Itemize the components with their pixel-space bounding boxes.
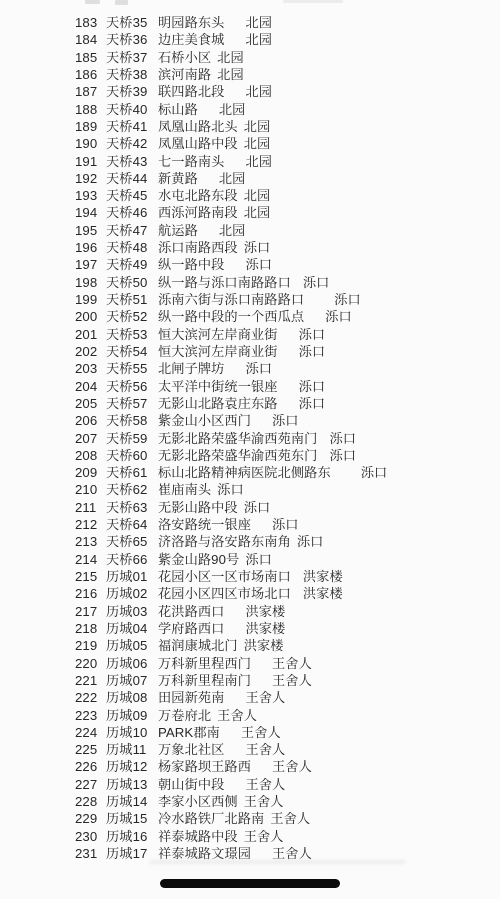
row-name: 水屯北路东段 (158, 187, 238, 204)
row-area: 北园 (219, 101, 246, 118)
row-code: 天桥61 (106, 464, 158, 481)
list-item: 213 天桥65 济洛路与洛安路东南角 泺口 (0, 533, 500, 550)
row-number: 192 (75, 170, 100, 187)
row-code: 历城01 (106, 568, 158, 585)
row-name: 太平洋中街统一银座 (158, 378, 278, 395)
row-name: 标山北路精神病医院北侧路东 (158, 464, 331, 481)
row-number: 218 (75, 620, 100, 637)
row-area: 泺口 (245, 256, 272, 273)
row-area: 北园 (217, 66, 244, 83)
row-area: 泺口 (334, 291, 361, 308)
row-code: 历城06 (106, 655, 158, 672)
row-area: 泺口 (299, 395, 326, 412)
row-name: 边庄美食城 (158, 31, 224, 48)
row-name: 恒大滨河左岸商业街 (158, 326, 278, 343)
row-code: 天桥45 (106, 187, 158, 204)
row-name: 紫金山路90号 (158, 551, 239, 568)
row-code: 历城10 (106, 724, 158, 741)
row-name: 万卷府北 (158, 707, 211, 724)
row-code: 天桥66 (106, 551, 158, 568)
list-item: 210 天桥62 崔庙南头 泺口 (0, 481, 500, 498)
row-area: 洪家楼 (245, 603, 285, 620)
row-number: 216 (75, 585, 100, 602)
row-name: 泺南六街与泺口南路路口 (158, 291, 304, 308)
row-number: 230 (75, 828, 100, 845)
row-code: 历城16 (106, 828, 158, 845)
row-name: 泺口南路西段 (158, 239, 238, 256)
row-name: 万科新里程南门 (158, 672, 251, 689)
row-code: 历城11 (106, 741, 158, 758)
list-item: 208 天桥60 无影北路荣盛华渝西苑东门 泺口 (0, 447, 500, 464)
row-name: 纵一路与泺口南路路口 (158, 274, 291, 291)
stop-list: 183 天桥35 明园路东头 北园 184 天桥36 边庄美食城 北园 185 … (0, 14, 500, 862)
row-number: 201 (75, 326, 100, 343)
list-item: 195 天桥47 航运路 北园 (0, 222, 500, 239)
row-name: 万科新里程西门 (158, 655, 251, 672)
row-code: 天桥59 (106, 430, 158, 447)
list-item: 193 天桥45 水屯北路东段 北园 (0, 187, 500, 204)
row-number: 200 (75, 308, 100, 325)
row-name: 洛安路统一银座 (158, 516, 251, 533)
list-item: 225 历城11 万象北社区 王舍人 (0, 741, 500, 758)
row-area: 泺口 (217, 481, 244, 498)
list-item: 230 历城16 祥泰城路中段 王舍人 (0, 828, 500, 845)
row-area: 北园 (219, 170, 246, 187)
row-number: 197 (75, 256, 100, 273)
row-code: 天桥54 (106, 343, 158, 360)
row-area: 洪家楼 (303, 568, 343, 585)
list-item: 203 天桥55 北闸子牌坊 泺口 (0, 360, 500, 377)
row-code: 历城09 (106, 707, 158, 724)
row-code: 历城03 (106, 603, 158, 620)
row-code: 天桥55 (106, 360, 158, 377)
photo-blur-artifact (150, 860, 405, 864)
list-item: 196 天桥48 泺口南路西段 泺口 (0, 239, 500, 256)
row-area: 泺口 (244, 499, 271, 516)
list-item: 192 天桥44 新黄路 北园 (0, 170, 500, 187)
row-number: 206 (75, 412, 100, 429)
row-number: 221 (75, 672, 100, 689)
row-code: 历城04 (106, 620, 158, 637)
row-number: 194 (75, 204, 100, 221)
row-code: 天桥36 (106, 31, 158, 48)
row-area: 泺口 (299, 343, 326, 360)
row-area: 王舍人 (244, 793, 284, 810)
row-code: 历城13 (106, 776, 158, 793)
row-name: 无影山北路袁庄东路 (158, 395, 278, 412)
row-area: 泺口 (245, 360, 272, 377)
row-code: 天桥42 (106, 135, 158, 152)
row-number: 209 (75, 464, 100, 481)
list-item: 223 历城09 万卷府北 王舍人 (0, 707, 500, 724)
row-area: 王舍人 (270, 810, 310, 827)
row-name: 北闸子牌坊 (158, 360, 224, 377)
row-number: 226 (75, 758, 100, 775)
list-item: 227 历城13 朝山街中段 王舍人 (0, 776, 500, 793)
row-area: 泺口 (329, 430, 356, 447)
row-code: 历城15 (106, 810, 158, 827)
row-name: 杨家路坝王路西 (158, 758, 251, 775)
row-number: 231 (75, 845, 100, 862)
row-code: 天桥62 (106, 481, 158, 498)
row-code: 天桥63 (106, 499, 158, 516)
row-area: 泺口 (245, 551, 272, 568)
row-name: 朝山街中段 (158, 776, 224, 793)
row-code: 天桥49 (106, 256, 158, 273)
row-code: 历城14 (106, 793, 158, 810)
row-code: 天桥43 (106, 153, 158, 170)
row-number: 222 (75, 689, 100, 706)
row-name: 紫金山小区西门 (158, 412, 251, 429)
row-code: 历城02 (106, 585, 158, 602)
row-code: 天桥41 (106, 118, 158, 135)
row-name: 田园新苑南 (158, 689, 224, 706)
row-name: 石桥小区 (158, 49, 211, 66)
list-item: 224 历城10 PARK郡南 王舍人 (0, 724, 500, 741)
row-code: 天桥38 (106, 66, 158, 83)
row-number: 224 (75, 724, 100, 741)
row-number: 202 (75, 343, 100, 360)
list-item: 207 天桥59 无影北路荣盛华渝西苑南门 泺口 (0, 430, 500, 447)
row-name: 凤凰山路北头 (158, 118, 238, 135)
row-number: 208 (75, 447, 100, 464)
row-code: 天桥35 (106, 14, 158, 31)
row-number: 204 (75, 378, 100, 395)
row-area: 北园 (245, 31, 272, 48)
list-item: 222 历城08 田园新苑南 王舍人 (0, 689, 500, 706)
row-area: 北园 (244, 204, 271, 221)
row-area: 泺口 (272, 516, 299, 533)
row-area: 王舍人 (244, 828, 284, 845)
list-item: 200 天桥52 纵一路中段的一个西瓜点 泺口 (0, 308, 500, 325)
row-code: 天桥39 (106, 83, 158, 100)
row-area: 王舍人 (217, 707, 257, 724)
row-number: 198 (75, 274, 100, 291)
row-number: 207 (75, 430, 100, 447)
row-number: 195 (75, 222, 100, 239)
row-name: 明园路东头 (158, 14, 224, 31)
list-item: 189 天桥41 凤凰山路北头 北园 (0, 118, 500, 135)
row-number: 227 (75, 776, 100, 793)
row-area: 泺口 (272, 412, 299, 429)
list-item: 229 历城15 冷水路铁厂北路南 王舍人 (0, 810, 500, 827)
row-name: 新黄路 (158, 170, 198, 187)
row-code: 天桥60 (106, 447, 158, 464)
list-item: 183 天桥35 明园路东头 北园 (0, 14, 500, 31)
row-area: 洪家楼 (244, 637, 284, 654)
row-code: 天桥51 (106, 291, 158, 308)
row-number: 215 (75, 568, 100, 585)
row-number: 229 (75, 810, 100, 827)
row-number: 189 (75, 118, 100, 135)
row-number: 217 (75, 603, 100, 620)
row-name: 学府路西口 (158, 620, 224, 637)
row-name: 纵一路中段 (158, 256, 224, 273)
row-name: 凤凰山路中段 (158, 135, 238, 152)
row-area: 王舍人 (245, 776, 285, 793)
row-area: 泺口 (303, 274, 330, 291)
list-item: 219 历城05 福润康城北门 洪家楼 (0, 637, 500, 654)
row-area: 泺口 (299, 326, 326, 343)
row-area: 北园 (245, 153, 272, 170)
row-name: PARK郡南 (158, 724, 220, 741)
row-number: 223 (75, 707, 100, 724)
row-code: 天桥48 (106, 239, 158, 256)
row-code: 历城07 (106, 672, 158, 689)
row-name: 联四路北段 (158, 83, 224, 100)
list-item: 194 天桥46 西泺河路南段 北园 (0, 204, 500, 221)
row-number: 225 (75, 741, 100, 758)
row-number: 196 (75, 239, 100, 256)
row-name: 纵一路中段的一个西瓜点 (158, 308, 304, 325)
row-number: 183 (75, 14, 100, 31)
list-item: 204 天桥56 太平洋中街统一银座 泺口 (0, 378, 500, 395)
row-name: 冷水路铁厂北路南 (158, 810, 264, 827)
list-item: 214 天桥66 紫金山路90号 泺口 (0, 551, 500, 568)
list-item: 191 天桥43 七一路南头 北园 (0, 153, 500, 170)
row-name: 西泺河路南段 (158, 204, 238, 221)
row-area: 北园 (244, 118, 271, 135)
row-area: 泺口 (361, 464, 388, 481)
row-area: 泺口 (299, 378, 326, 395)
list-item: 186 天桥38 滨河南路 北园 (0, 66, 500, 83)
list-item: 228 历城14 李家小区西侧 王舍人 (0, 793, 500, 810)
row-name: 无影北路荣盛华渝西苑东门 (158, 447, 317, 464)
list-item: 187 天桥39 联四路北段 北园 (0, 83, 500, 100)
row-area: 泺口 (329, 447, 356, 464)
row-code: 天桥57 (106, 395, 158, 412)
clipped-row-remnant (85, 0, 100, 4)
row-code: 历城08 (106, 689, 158, 706)
row-area: 泺口 (325, 308, 352, 325)
row-name: 滨河南路 (158, 66, 211, 83)
row-area: 泺口 (297, 533, 324, 550)
row-name: 万象北社区 (158, 741, 224, 758)
clipped-row-remnant (115, 0, 128, 5)
list-item: 218 历城04 学府路西口 洪家楼 (0, 620, 500, 637)
list-item: 188 天桥40 标山路 北园 (0, 101, 500, 118)
row-name: 福润康城北门 (158, 637, 238, 654)
row-code: 天桥44 (106, 170, 158, 187)
row-code: 天桥52 (106, 308, 158, 325)
row-name: 无影北路荣盛华渝西苑南门 (158, 430, 317, 447)
row-number: 220 (75, 655, 100, 672)
row-number: 210 (75, 481, 100, 498)
row-area: 北园 (217, 49, 244, 66)
row-name: 花洪路西口 (158, 603, 224, 620)
row-name: 花园小区一区市场南口 (158, 568, 291, 585)
row-code: 天桥50 (106, 274, 158, 291)
list-item: 185 天桥37 石桥小区 北园 (0, 49, 500, 66)
row-name: 七一路南头 (158, 153, 224, 170)
list-item: 206 天桥58 紫金山小区西门 泺口 (0, 412, 500, 429)
clipped-row-remnant (283, 0, 343, 3)
list-item: 220 历城06 万科新里程西门 王舍人 (0, 655, 500, 672)
row-area: 王舍人 (241, 724, 281, 741)
row-area: 北园 (245, 83, 272, 100)
list-item: 184 天桥36 边庄美食城 北园 (0, 31, 500, 48)
row-number: 191 (75, 153, 100, 170)
list-item: 205 天桥57 无影山北路袁庄东路 泺口 (0, 395, 500, 412)
list-item: 216 历城02 花园小区四区市场北口 洪家楼 (0, 585, 500, 602)
row-number: 214 (75, 551, 100, 568)
row-area: 北园 (244, 187, 271, 204)
row-number: 199 (75, 291, 100, 308)
row-name: 济洛路与洛安路东南角 (158, 533, 291, 550)
row-code: 历城12 (106, 758, 158, 775)
list-item: 211 天桥63 无影山路中段 泺口 (0, 499, 500, 516)
row-area: 北园 (244, 135, 271, 152)
list-item: 199 天桥51 泺南六街与泺口南路路口 泺口 (0, 291, 500, 308)
row-number: 219 (75, 637, 100, 654)
row-number: 203 (75, 360, 100, 377)
list-item: 209 天桥61 标山北路精神病医院北侧路东 泺口 (0, 464, 500, 481)
list-item: 221 历城07 万科新里程南门 王舍人 (0, 672, 500, 689)
row-number: 205 (75, 395, 100, 412)
row-area: 王舍人 (272, 672, 312, 689)
row-name: 标山路 (158, 101, 198, 118)
row-code: 天桥65 (106, 533, 158, 550)
row-number: 188 (75, 101, 100, 118)
row-code: 天桥46 (106, 204, 158, 221)
row-number: 186 (75, 66, 100, 83)
row-name: 崔庙南头 (158, 481, 211, 498)
list-item: 202 天桥54 恒大滨河左岸商业街 泺口 (0, 343, 500, 360)
row-number: 185 (75, 49, 100, 66)
row-name: 航运路 (158, 222, 198, 239)
row-name: 花园小区四区市场北口 (158, 585, 291, 602)
row-number: 213 (75, 533, 100, 550)
home-indicator-bar[interactable] (160, 879, 340, 888)
row-code: 天桥64 (106, 516, 158, 533)
row-code: 天桥56 (106, 378, 158, 395)
row-area: 北园 (245, 14, 272, 31)
row-area: 王舍人 (272, 758, 312, 775)
row-area: 王舍人 (245, 741, 285, 758)
row-code: 天桥47 (106, 222, 158, 239)
list-item: 215 历城01 花园小区一区市场南口 洪家楼 (0, 568, 500, 585)
list-item: 197 天桥49 纵一路中段 泺口 (0, 256, 500, 273)
list-item: 201 天桥53 恒大滨河左岸商业街 泺口 (0, 326, 500, 343)
row-area: 洪家楼 (245, 620, 285, 637)
row-area: 北园 (219, 222, 246, 239)
list-item: 226 历城12 杨家路坝王路西 王舍人 (0, 758, 500, 775)
row-name: 李家小区西侧 (158, 793, 238, 810)
row-number: 187 (75, 83, 100, 100)
list-item: 212 天桥64 洛安路统一银座 泺口 (0, 516, 500, 533)
row-code: 历城05 (106, 637, 158, 654)
row-number: 228 (75, 793, 100, 810)
row-number: 193 (75, 187, 100, 204)
row-area: 王舍人 (272, 655, 312, 672)
row-number: 184 (75, 31, 100, 48)
screenshot-page: 183 天桥35 明园路东头 北园 184 天桥36 边庄美食城 北园 185 … (0, 0, 500, 899)
row-area: 洪家楼 (303, 585, 343, 602)
row-number: 212 (75, 516, 100, 533)
row-name: 无影山路中段 (158, 499, 238, 516)
row-code: 天桥40 (106, 101, 158, 118)
row-number: 211 (75, 499, 100, 516)
list-item: 217 历城03 花洪路西口 洪家楼 (0, 603, 500, 620)
row-area: 泺口 (244, 239, 271, 256)
row-code: 天桥37 (106, 49, 158, 66)
row-number: 190 (75, 135, 100, 152)
row-name: 祥泰城路中段 (158, 828, 238, 845)
row-area: 王舍人 (245, 689, 285, 706)
row-code: 天桥58 (106, 412, 158, 429)
list-item: 198 天桥50 纵一路与泺口南路路口 泺口 (0, 274, 500, 291)
list-item: 190 天桥42 凤凰山路中段 北园 (0, 135, 500, 152)
row-code: 天桥53 (106, 326, 158, 343)
row-name: 恒大滨河左岸商业街 (158, 343, 278, 360)
